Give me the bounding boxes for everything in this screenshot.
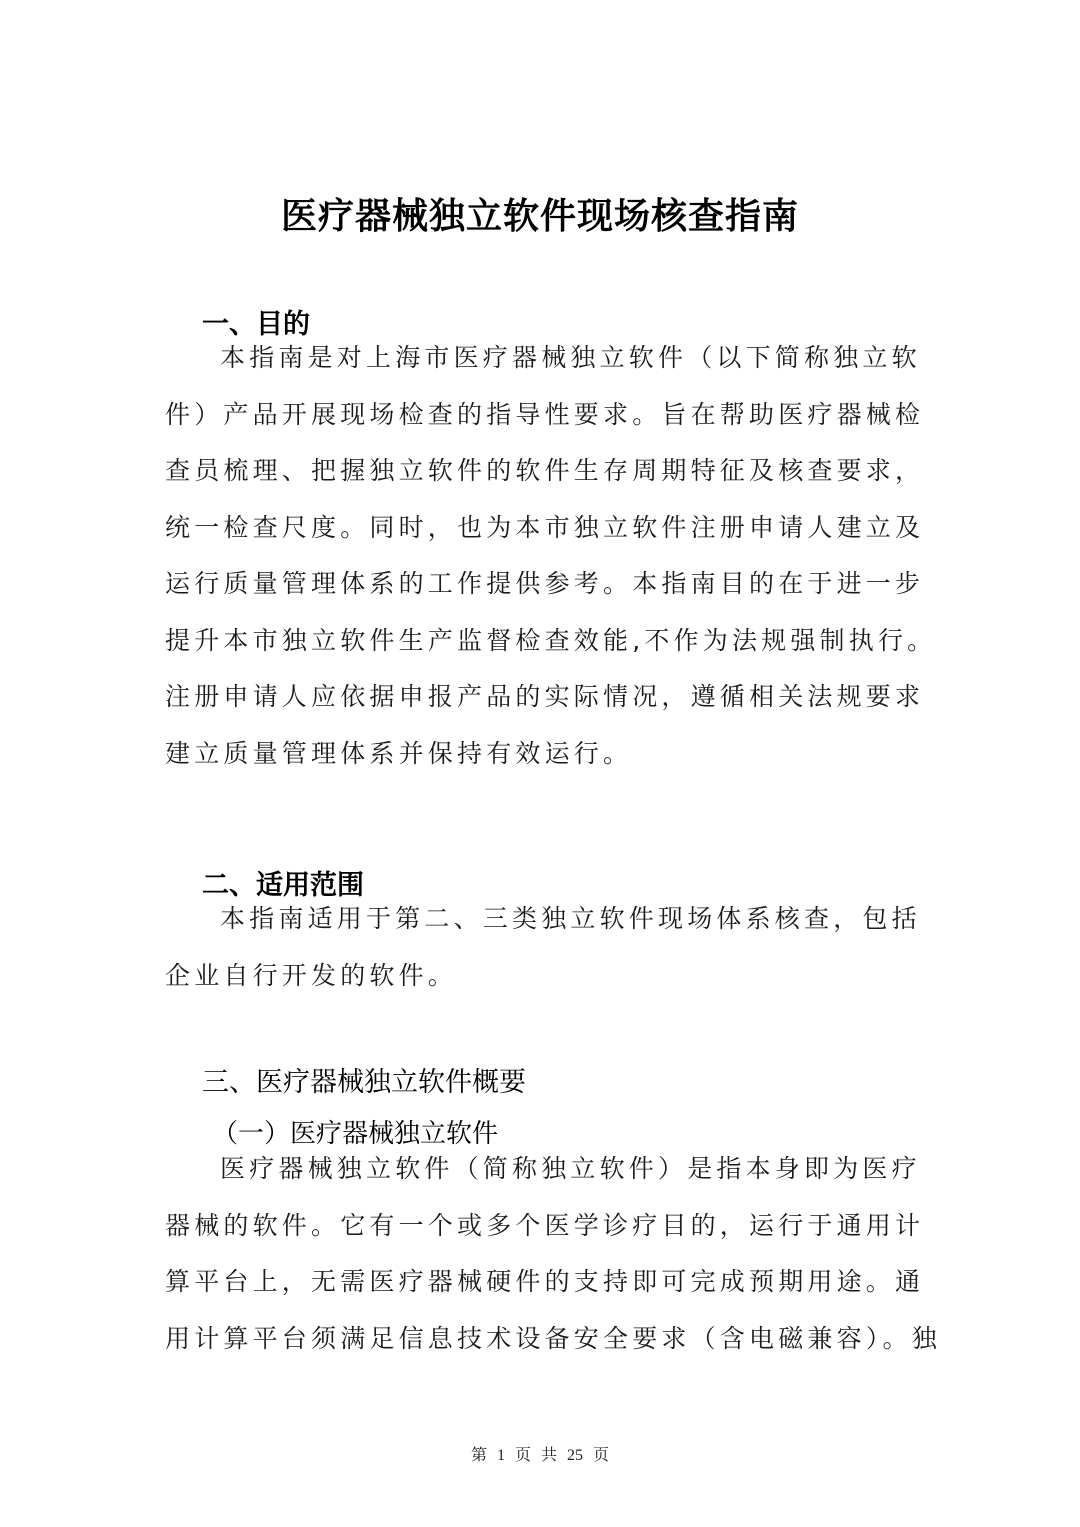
paragraph-line: 算平台上，无需医疗器械硬件的支持即可完成预期用途。通: [165, 1267, 917, 1324]
paragraph-line: 查员梳理、把握独立软件的软件生存周期特征及核查要求，: [165, 456, 917, 513]
paragraph-line: 建立质量管理体系并保持有效运行。: [165, 739, 917, 796]
page-number-footer: 第 1 页 共 25 页: [0, 1442, 1080, 1465]
section-heading-purpose: 一、目的: [202, 302, 310, 341]
paragraph-line: 注册申请人应依据申报产品的实际情况，遵循相关法规要求: [165, 682, 917, 739]
paragraph-line: 医疗器械独立软件（简称独立软件）是指本身即为医疗: [165, 1154, 917, 1211]
paragraph-line: 本指南适用于第二、三类独立软件现场体系核查，包括: [165, 904, 917, 961]
paragraph-line: 提升本市独立软件生产监督检查效能,不作为法规强制执行。: [165, 626, 917, 683]
paragraph-line: 运行质量管理体系的工作提供参考。本指南目的在于进一步: [165, 569, 917, 626]
document-title: 医疗器械独立软件现场核查指南: [0, 188, 1080, 239]
section-body-overview: 医疗器械独立软件（简称独立软件）是指本身即为医疗 器械的软件。它有一个或多个医学…: [165, 1154, 917, 1380]
subsection-heading-standalone-software: （一）医疗器械独立软件: [212, 1113, 498, 1150]
paragraph-line: 器械的软件。它有一个或多个医学诊疗目的，运行于通用计: [165, 1211, 917, 1268]
section-body-purpose: 本指南是对上海市医疗器械独立软件（以下简称独立软 件）产品开展现场检查的指导性要…: [165, 343, 917, 795]
section-body-scope: 本指南适用于第二、三类独立软件现场体系核查，包括 企业自行开发的软件。: [165, 904, 917, 1017]
paragraph-line: 本指南是对上海市医疗器械独立软件（以下简称独立软: [165, 343, 917, 400]
paragraph-line: 件）产品开展现场检查的指导性要求。旨在帮助医疗器械检: [165, 400, 917, 457]
paragraph-line: 用计算平台须满足信息技术设备安全要求（含电磁兼容）。独: [165, 1324, 917, 1381]
section-heading-scope: 二、适用范围: [202, 863, 364, 902]
section-heading-overview: 三、医疗器械独立软件概要: [202, 1060, 526, 1099]
paragraph-line: 企业自行开发的软件。: [165, 961, 917, 1018]
paragraph-line: 统一检查尺度。同时，也为本市独立软件注册申请人建立及: [165, 513, 917, 570]
